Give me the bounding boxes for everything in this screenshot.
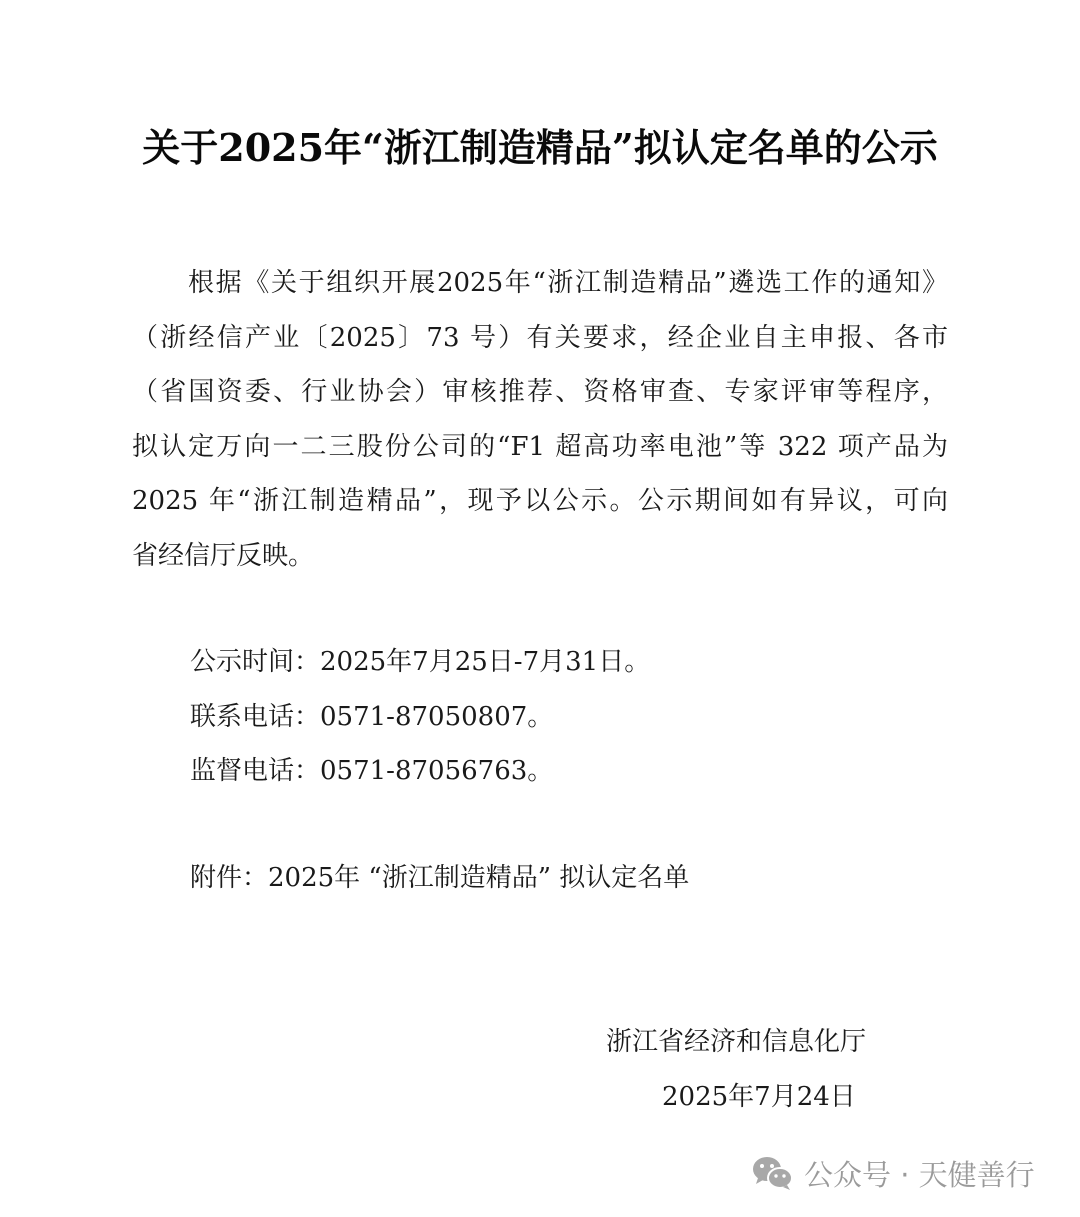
watermark-label: 公众号 · 天健善行 [804,1153,1035,1194]
notice-paragraph: 根据《关于组织开展2025年“浙江制造精品”遴选工作的通知》 （浙经信产业〔20… [132,256,948,583]
issuer-name: 浙江省经济和信息化厅 [606,1022,866,1062]
issue-date: 2025年7月24日 [662,1077,856,1117]
watermark: 公众号 · 天健善行 [752,1150,1035,1196]
publicity-period: 公示时间：2025年7月25日-7月31日。 [190,642,650,682]
document-title: 关于2025年“浙江制造精品”拟认定名单的公示 [0,122,1080,174]
supervision-phone: 监督电话：0571-87056763。 [190,751,553,791]
paragraph-line: （浙经信产业〔2025〕73 号）有关要求，经企业自主申报、各市 [132,311,948,366]
paragraph-line: （省国资委、行业协会）审核推荐、资格审查、专家评审等程序， [132,365,948,420]
contact-phone: 联系电话：0571-87050807。 [190,697,553,737]
paragraph-line: 拟认定万向一二三股份公司的“F1 超高功率电池”等 322 项产品为 [132,420,948,475]
paragraph-line: 根据《关于组织开展2025年“浙江制造精品”遴选工作的通知》 [132,256,948,311]
attachment-link[interactable]: 附件：2025年 “浙江制造精品” 拟认定名单 [190,858,689,898]
wechat-icon [752,1155,794,1191]
paragraph-line: 2025 年“浙江制造精品”，现予以公示。公示期间如有异议，可向 [132,474,948,529]
paragraph-line: 省经信厅反映。 [132,529,948,584]
